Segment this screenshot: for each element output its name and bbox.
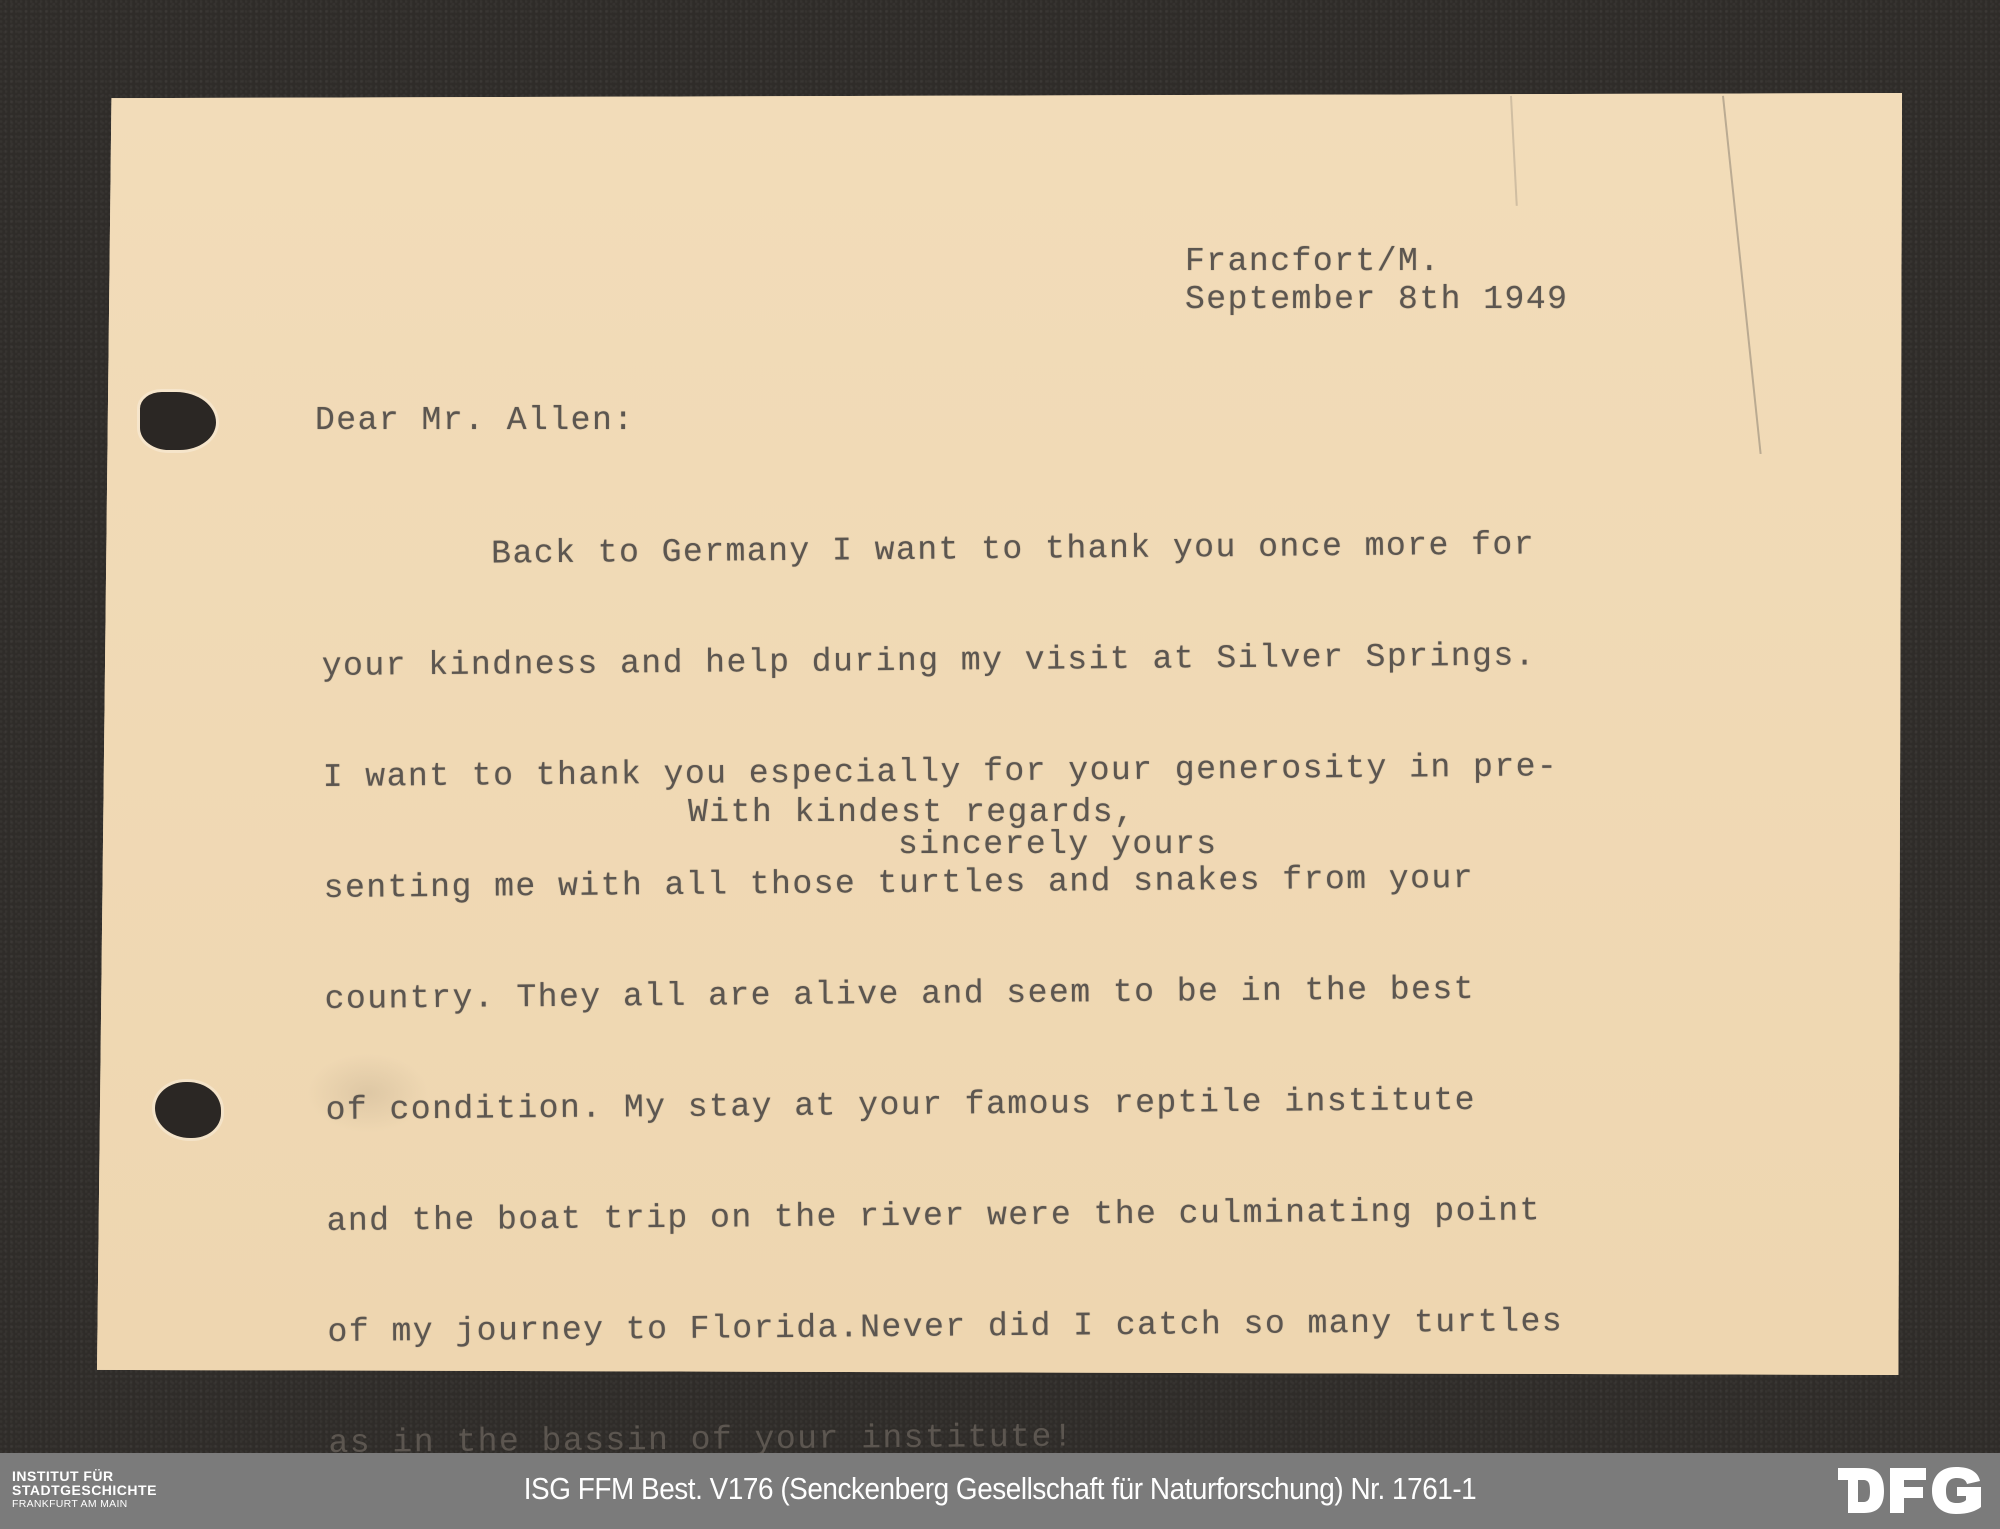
dfg-logo-icon [1838,1466,1985,1514]
letter-date: September 8th 1949 [1185,281,1568,318]
body-line: and the boat trip on the river were the … [326,1192,1562,1240]
body-line: Back to Germany I want to thank you once… [321,526,1557,574]
letter-salutation: Dear Mr. Allen: [315,402,635,439]
scan-background: Francfort/M. September 8th 1949 Dear Mr.… [0,0,2000,1453]
letter-place-date: Francfort/M. September 8th 1949 [1185,243,1568,319]
body-line: of my journey to Florida.Never did I cat… [327,1303,1563,1351]
punch-hole-bottom [155,1082,221,1138]
archive-signature: ISG FFM Best. V176 (Senckenberg Gesellsc… [100,1471,1900,1507]
letter-place: Francfort/M. [1185,243,1441,280]
letter-body: Back to Germany I want to thank you once… [320,452,1565,1529]
body-line: I want to thank you especially for your … [323,748,1559,796]
body-line: your kindness and help during my visit a… [322,637,1558,685]
body-line: of condition. My stay at your famous rep… [325,1081,1561,1129]
body-line: country. They all are alive and seem to … [325,970,1561,1018]
body-line: senting me with all those turtles and sn… [324,859,1560,907]
archive-footer-bar: INSTITUT FÜR STADTGESCHICHTE FRANKFURT A… [0,1453,2000,1529]
punch-hole-top [140,392,216,450]
letter-signoff: sincerely yours [898,826,1218,863]
